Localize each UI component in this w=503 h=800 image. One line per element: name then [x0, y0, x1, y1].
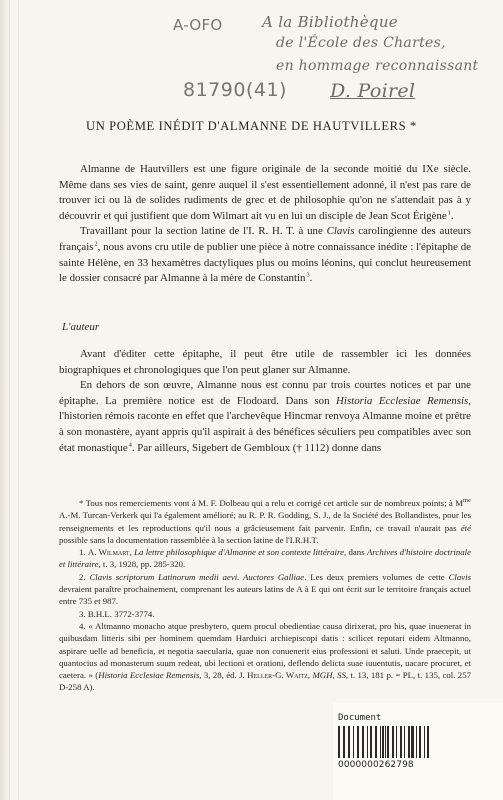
barcode-number: 0000000262798 [338, 760, 414, 770]
paragraph-3: Avant d'éditer cette épitaphe, il peut ê… [59, 347, 471, 378]
intro-section: Almanne de Hautvillers est une figure or… [59, 162, 471, 287]
footnote-ref-1[interactable]: 1 [448, 209, 451, 216]
article-title: UN POÈME INÉDIT D'ALMANNE DE HAUTVILLERS… [86, 119, 486, 134]
page-binding-edge [0, 0, 10, 800]
section-heading-author: L'auteur [62, 321, 99, 333]
handwritten-shelfmark: A-OFO [173, 16, 223, 34]
footnote-4: 4. « Altmanno monacho atque presbytero, … [59, 620, 471, 694]
paragraph-4: En dehors de son œuvre, Almanne nous est… [59, 378, 471, 456]
page-edge-line [18, 0, 19, 800]
footnote-2: 2. Clavis scriptorum Latinorum medii aev… [59, 571, 471, 608]
footnote-ref-3[interactable]: 3 [306, 272, 309, 279]
author-section: Avant d'éditer cette épitaphe, il peut ê… [59, 347, 471, 456]
footnote-star: * Tous nos remerciements vont à M. F. Do… [59, 497, 471, 546]
barcode-label: Document [338, 713, 381, 723]
handwritten-signature: D. Poirel [330, 80, 415, 102]
handwritten-dedication-line-3: en hommage reconnaissant [276, 58, 478, 74]
handwritten-dedication-line-2: de l'École des Chartes, [276, 35, 446, 51]
paragraph-1: Almanne de Hautvillers est une figure or… [59, 162, 471, 224]
paragraph-2: Travaillant pour la section latine de l'… [59, 224, 471, 286]
handwritten-call-number: 81790(41) [183, 79, 287, 101]
handwritten-dedication-line-1: A la Bibliothèque [262, 13, 398, 31]
barcode-icon [338, 726, 451, 758]
footnote-1: 1. A. Wilmart, La lettre philosophique d… [59, 546, 471, 571]
footnote-3: 3. B.H.L. 3772-3774. [59, 608, 471, 620]
footnotes: * Tous nos remerciements vont à M. F. Do… [59, 497, 471, 694]
